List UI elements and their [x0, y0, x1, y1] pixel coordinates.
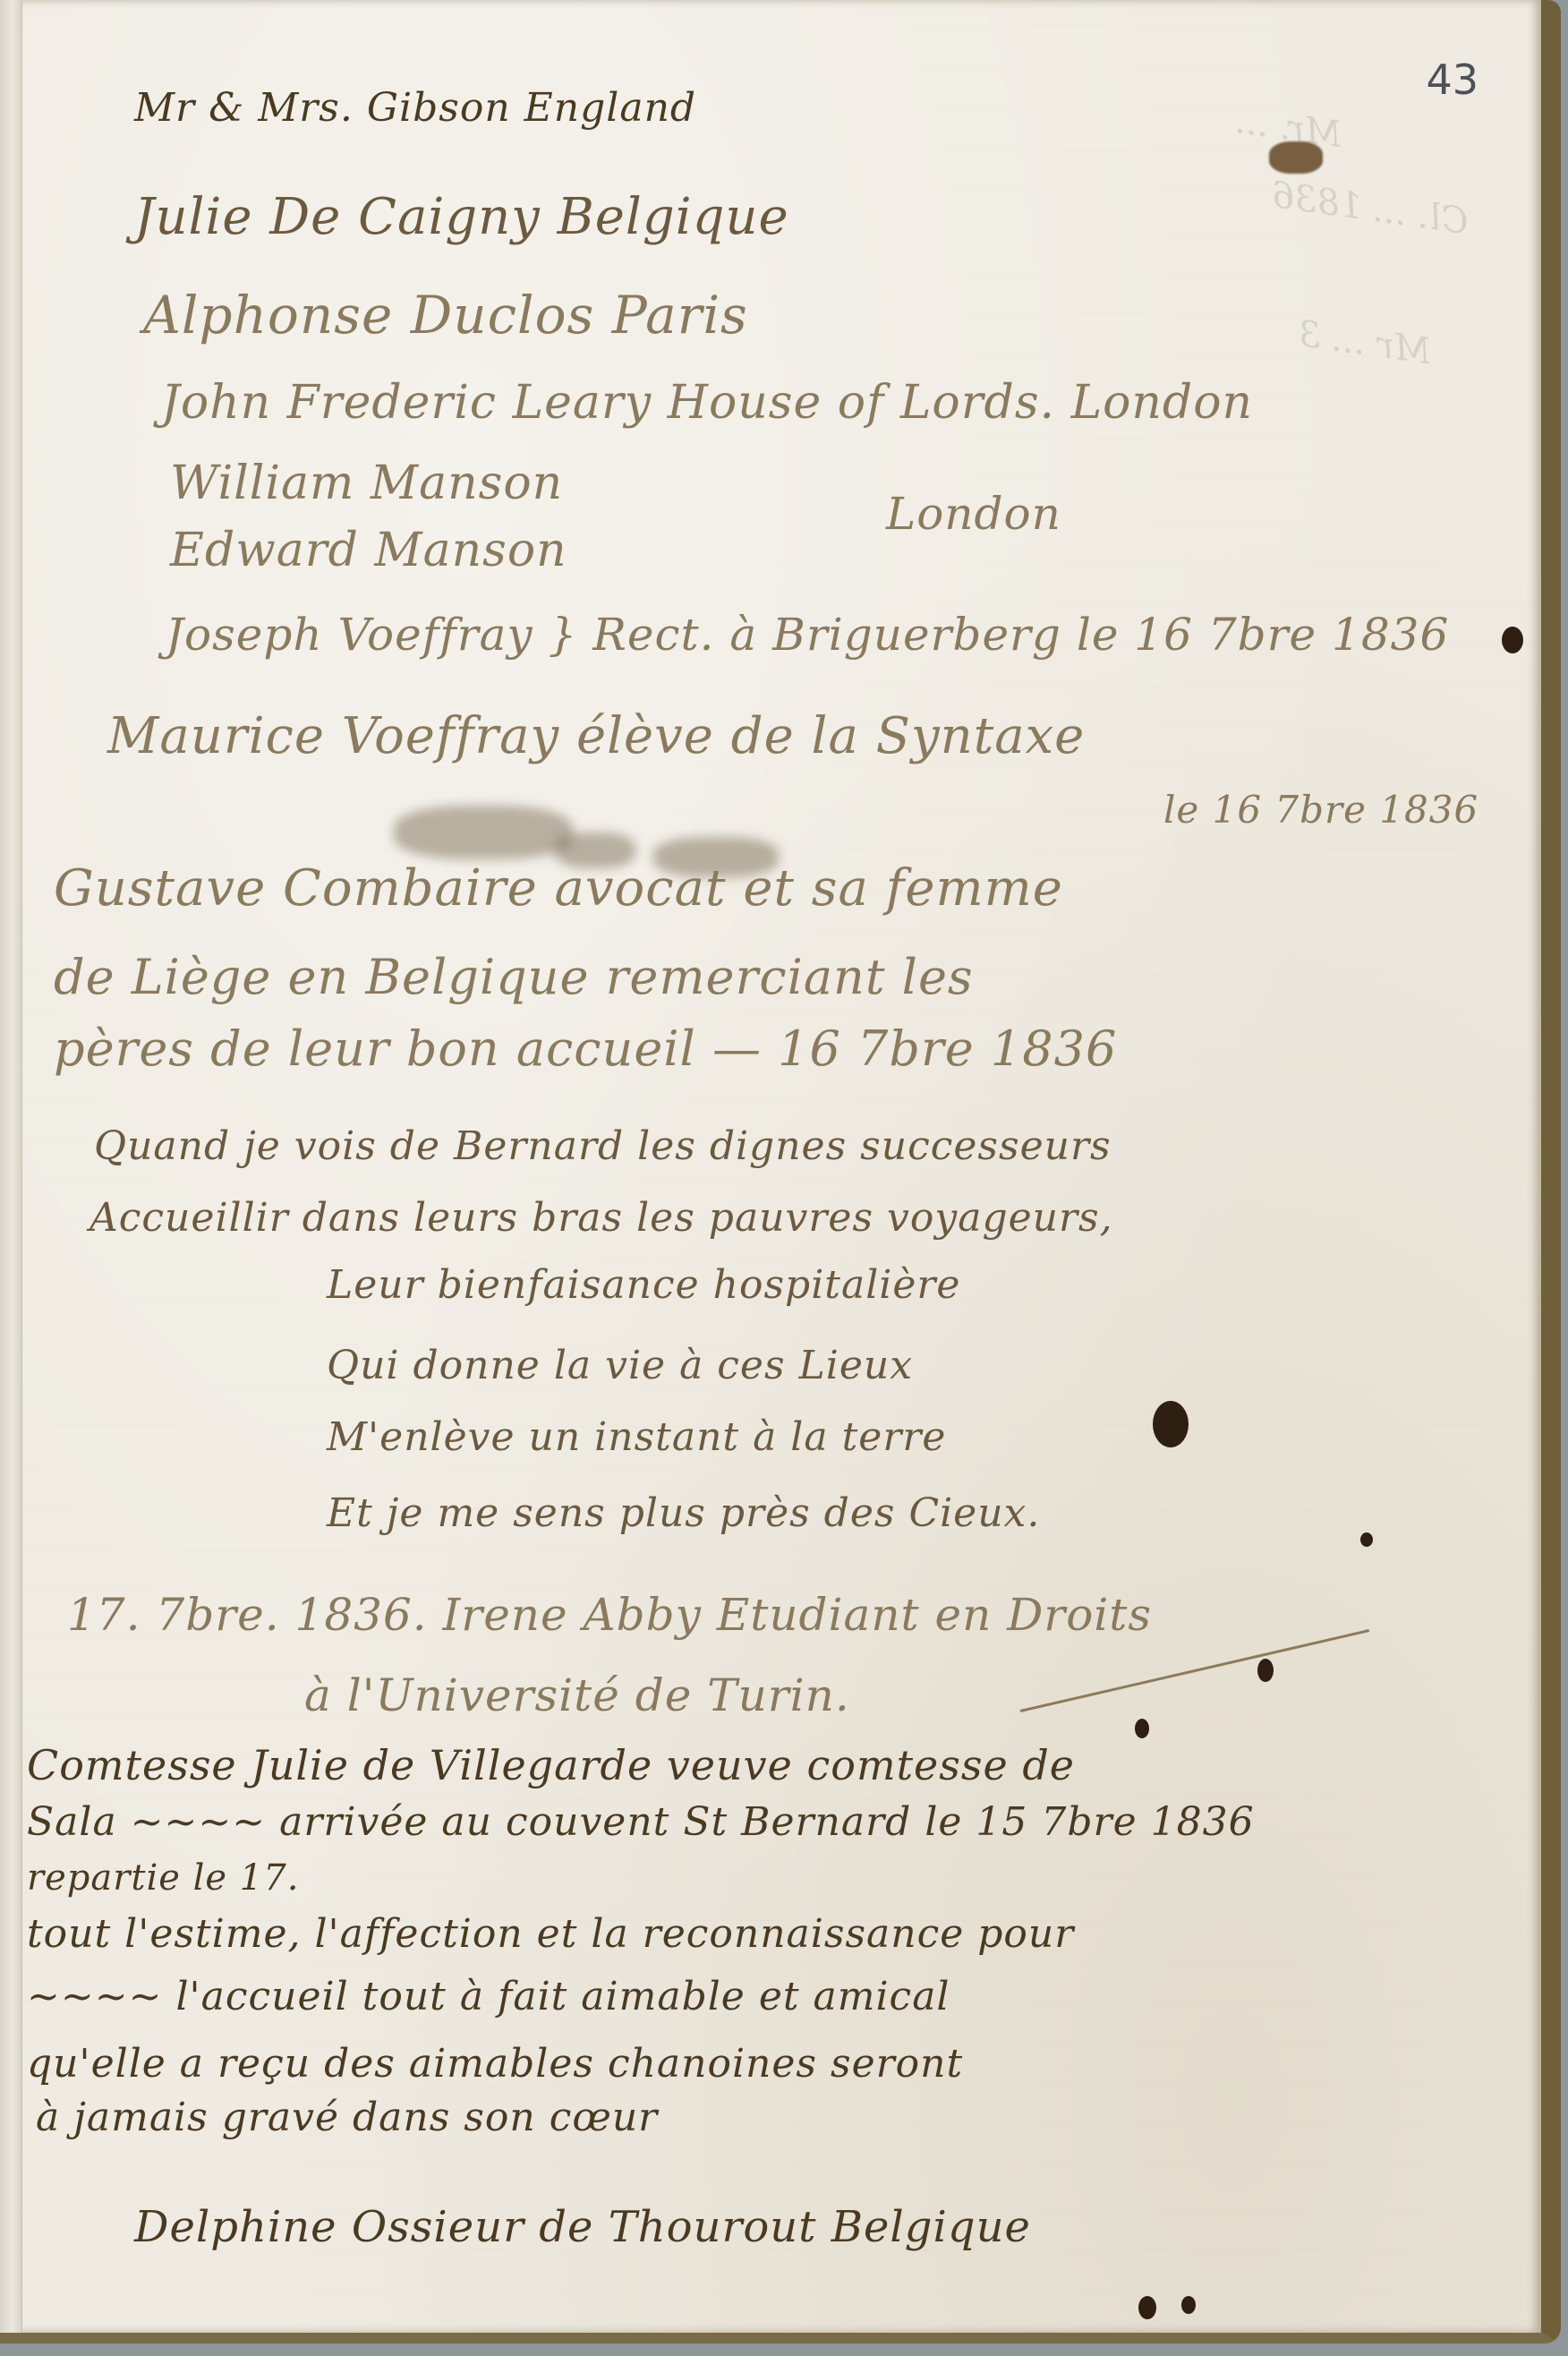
- ink-blot: [1153, 1401, 1189, 1447]
- bleed-through-text: Mr ... 3: [1296, 313, 1434, 372]
- ink-blot: [1360, 1532, 1373, 1547]
- entry-gustave-line3: pères de leur bon accueil — 16 7bre 1836: [54, 1020, 1117, 1077]
- page-number: 43: [1426, 55, 1479, 104]
- entry-joseph-voeffray: Joseph Voeffray } Rect. à Briguerberg le…: [166, 609, 1449, 661]
- entry-villegarde-line7: à jamais gravé dans son cœur: [36, 2095, 658, 2140]
- ink-blot: [1257, 1659, 1274, 1682]
- entry-abby-line1: 17. 7bre. 1836. Irene Abby Etudiant en D…: [67, 1589, 1152, 1641]
- poem-line-5: M'enlève un instant à la terre: [327, 1414, 946, 1460]
- poem-line-4: Qui donne la vie à ces Lieux: [327, 1343, 913, 1388]
- entry-abby-line2: à l'Université de Turin.: [304, 1669, 850, 1721]
- entry-leary: John Frederic Leary House of Lords. Lond…: [161, 376, 1253, 430]
- poem-line-3: Leur bienfaisance hospitalière: [327, 1262, 960, 1308]
- entry-villegarde-line5: ~~~~ l'accueil tout à fait aimable et am…: [27, 1974, 950, 2019]
- ink-stain: [394, 806, 573, 859]
- flourish-line: [1020, 1629, 1369, 1712]
- poem-line-1: Quand je vois de Bernard les dignes succ…: [94, 1123, 1112, 1169]
- entry-gustave-line2: de Liège en Belgique remerciant les: [54, 949, 974, 1005]
- entry-villegarde-line4: tout l'estime, l'affection et la reconna…: [27, 1911, 1074, 1957]
- entry-edward-manson: Edward Manson: [170, 524, 567, 577]
- entry-maurice-date: le 16 7bre 1836: [1163, 788, 1479, 832]
- entry-william-manson: William Manson: [170, 457, 563, 510]
- entry-duclos: Alphonse Duclos Paris: [143, 285, 748, 346]
- entry-villegarde-line3: repartie le 17.: [27, 1857, 299, 1899]
- bleed-through-text: Cl. ... 1836: [1269, 175, 1471, 243]
- ink-blot: [1181, 2296, 1196, 2314]
- entry-villegarde-line1: Comtesse Julie de Villegarde veuve comte…: [27, 1741, 1075, 1789]
- ink-blot: [1135, 1719, 1149, 1738]
- page-binding-edge: [0, 0, 22, 2333]
- poem-line-6: Et je me sens plus près des Cieux.: [327, 1490, 1040, 1536]
- poem-line-2: Accueillir dans leurs bras les pauvres v…: [89, 1195, 1113, 1241]
- entry-maurice-voeffray: Maurice Voeffray élève de la Syntaxe: [107, 707, 1085, 765]
- ink-blot: [1502, 627, 1523, 653]
- manuscript-page: Mr. ... Cl. ... 1836 Mr ... 3 43 Mr & Mr…: [0, 0, 1561, 2343]
- entry-decaigny: Julie De Caigny Belgique: [134, 188, 789, 246]
- entry-villegarde-line2: Sala ~~~~ arrivée au couvent St Bernard …: [27, 1799, 1255, 1845]
- entry-gustave-line1: Gustave Combaire avocat et sa femme: [54, 859, 1063, 918]
- ink-blot: [1138, 2296, 1156, 2319]
- entry-gibson: Mr & Mrs. Gibson England: [134, 85, 696, 131]
- signature-delphine: Delphine Ossieur de Thourout Belgique: [134, 2202, 1031, 2252]
- entry-villegarde-line6: qu'elle a reçu des aimables chanoines se…: [27, 2041, 963, 2087]
- entry-london: London: [886, 488, 1061, 540]
- ink-stain: [1269, 141, 1323, 174]
